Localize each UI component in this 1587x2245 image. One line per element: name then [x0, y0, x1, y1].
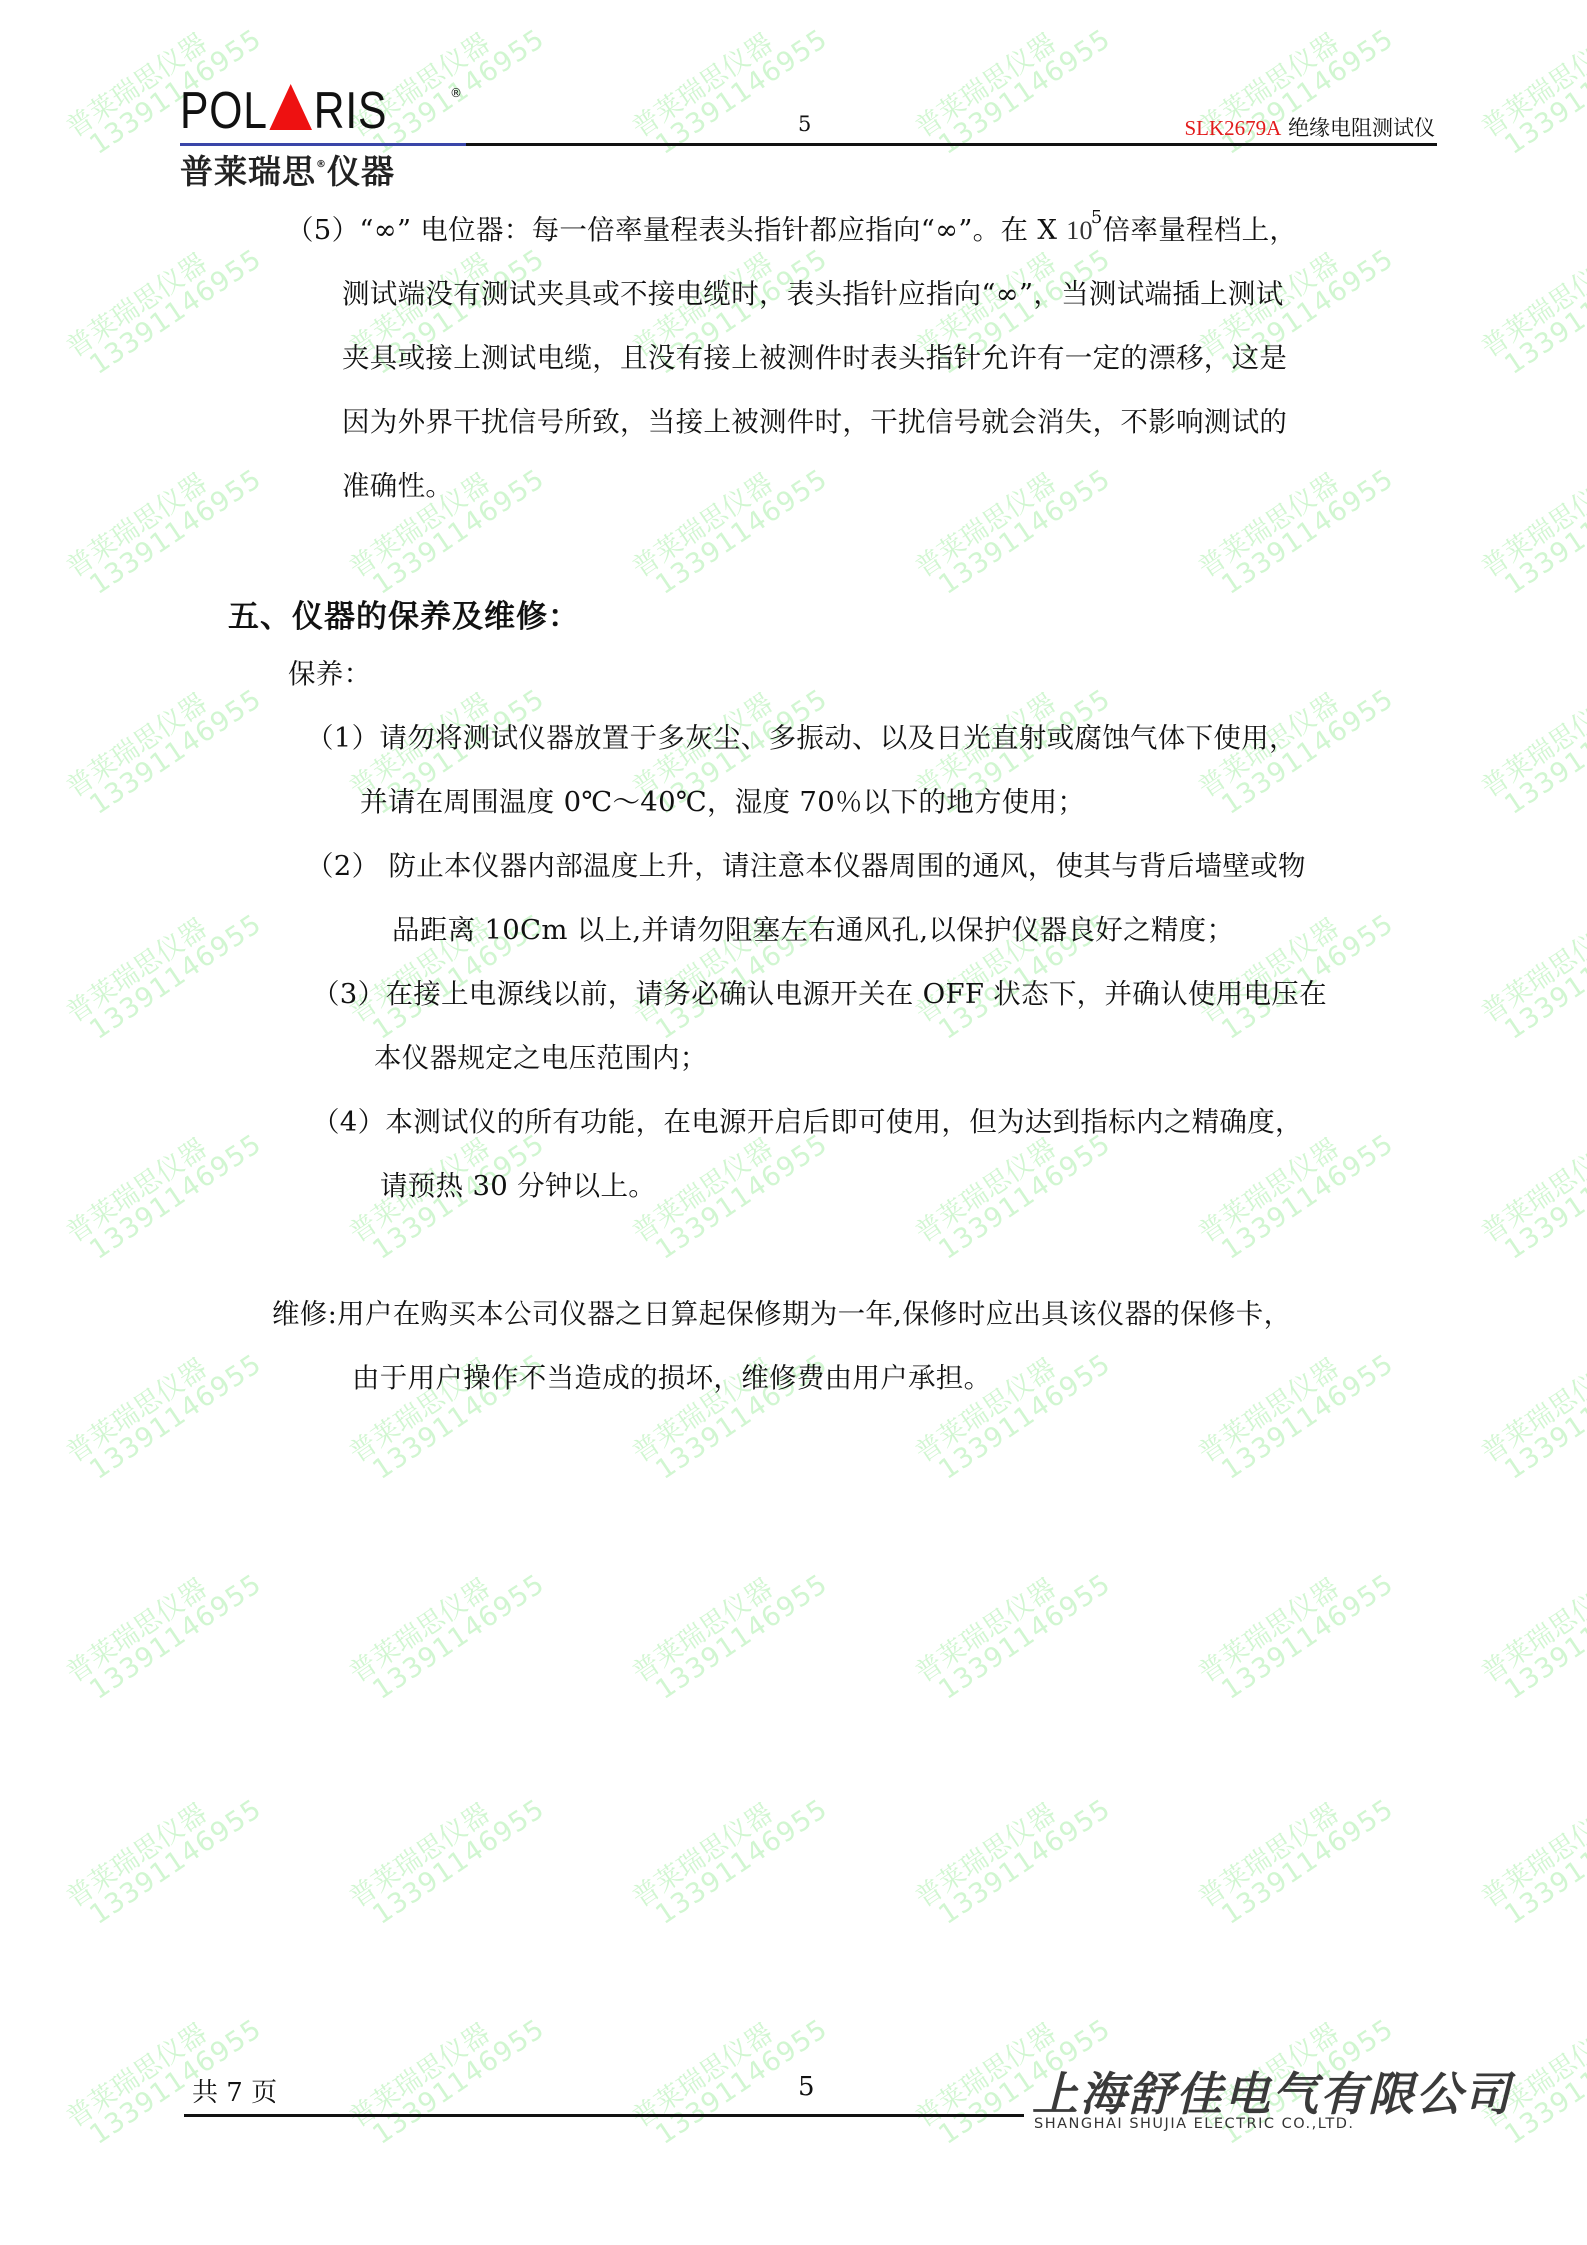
company-name-cn: 上海舒佳电气有限公司	[1032, 2058, 1512, 2124]
exponent-base: 10	[1066, 216, 1093, 245]
maintenance-item-2-line1: （2） 防止本仪器内部温度上升，请注意本仪器周围的通风，使其与背后墙壁或物	[306, 849, 1306, 883]
polaris-logo: POLRIS ® 普莱瑞思®仪器	[180, 82, 470, 182]
maintenance-item-4-line2: 请预热 30 分钟以上。	[380, 1169, 656, 1203]
section-heading: 五、仪器的保养及维修：	[228, 591, 580, 636]
header-product-name: 绝缘电阻测试仪	[1288, 116, 1435, 140]
header-title: SLK2679A 绝缘电阻测试仪	[1184, 112, 1435, 142]
logo-word-left: POL	[180, 82, 268, 140]
item5-line1: （5）“∞” 电位器：每一倍率量程表头指针都应指向“∞”。在 X 105倍率量程…	[286, 213, 1297, 251]
item5-line4: 因为外界干扰信号所致，当接上被测件时，干扰信号就会消失，不影响测试的	[342, 405, 1287, 439]
item5-text-a: （5）“∞” 电位器：每一倍率量程表头指针都应指向“∞”。在 X	[286, 214, 1066, 246]
logo-wordmark: POLRIS	[180, 82, 387, 140]
document-page: 普莱瑞思仪器13391146955普莱瑞思仪器13391146955普莱瑞思仪器…	[0, 0, 1587, 2245]
header-rule	[466, 143, 1437, 146]
maintenance-item-1-line1: （1）请勿将测试仪器放置于多灰尘、多振动、以及日光直射或腐蚀气体下使用，	[306, 721, 1297, 755]
maintenance-item-2-line2: 品距离 10Cm 以上,并请勿阻塞左右通风孔,以保护仪器良好之精度；	[392, 913, 1234, 947]
maintenance-item-3-line2: 本仪器规定之电压范围内；	[374, 1041, 708, 1075]
logo-chinese-name: 普莱瑞思	[180, 152, 316, 191]
footer-rule	[184, 2114, 1024, 2117]
logo-triangle-icon	[269, 84, 312, 130]
maintenance-item-3-line1: （3）在接上电源线以前，请务必确认电源开关在 OFF 状态下，并确认使用电压在	[312, 977, 1327, 1011]
header-model: SLK2679A	[1184, 116, 1281, 140]
item5-line5: 准确性。	[342, 469, 453, 503]
repair-line2: 由于用户操作不当造成的损坏，维修费由用户承担。	[352, 1361, 991, 1395]
maintenance-item-1-line2: 并请在周围温度 0℃～40℃，湿度 70％以下的地方使用；	[360, 785, 1085, 819]
item5-line3: 夹具或接上测试电缆，且没有接上被测件时表头指针允许有一定的漂移，这是	[342, 341, 1287, 375]
registered-mark: ®	[450, 86, 462, 100]
logo-chinese: 普莱瑞思®仪器	[180, 146, 395, 191]
footer-page-number: 5	[798, 2072, 815, 2102]
header-page-number: 5	[798, 112, 811, 136]
company-logo: 上海舒佳电气有限公司 SHANGHAI SHUJIA ELECTRIC CO.,…	[1032, 2058, 1442, 2138]
item5-line2: 测试端没有测试夹具或不接电缆时，表头指针应指向“∞”，当测试端插上测试	[342, 277, 1284, 311]
maintenance-item-4-line1: （4）本测试仪的所有功能，在电源开启后即可使用，但为达到指标内之精确度，	[312, 1105, 1303, 1139]
maintenance-label: 保养：	[288, 657, 371, 691]
logo-chinese-reg: ®	[316, 159, 327, 170]
exponent-power: 5	[1091, 207, 1103, 228]
logo-chinese-suffix: 仪器	[327, 152, 395, 191]
company-name-en: SHANGHAI SHUJIA ELECTRIC CO.,LTD.	[1034, 2116, 1354, 2132]
footer-total-pages: 共 7 页	[192, 2072, 277, 2109]
item5-text-b: 倍率量程档上，	[1103, 214, 1298, 246]
repair-line1: 维修:用户在购买本公司仪器之日算起保修期为一年,保修时应出具该仪器的保修卡，	[272, 1297, 1291, 1331]
logo-word-right: RIS	[314, 82, 388, 140]
